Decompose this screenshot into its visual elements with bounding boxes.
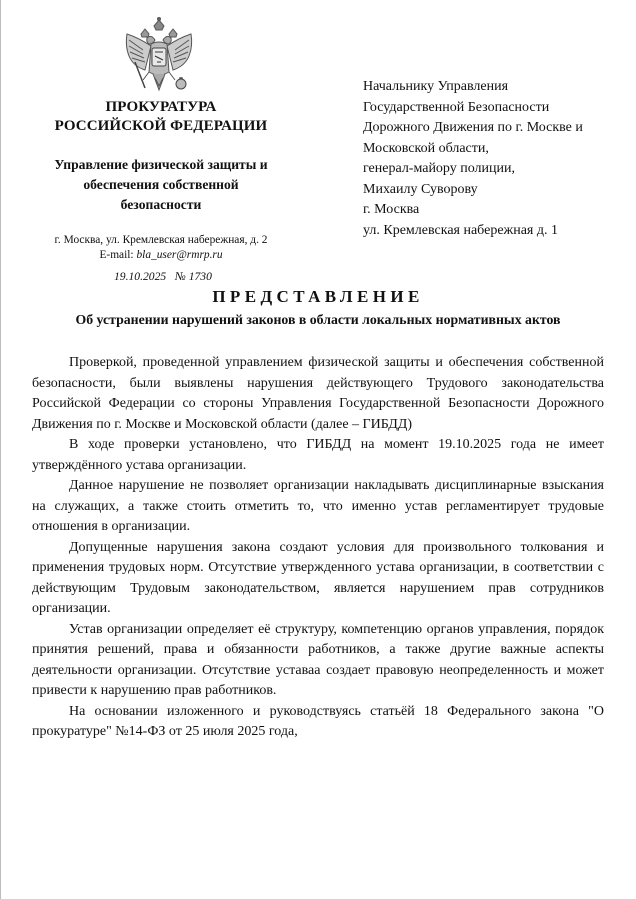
recipient-block: Начальнику Управления Государственной Бе… [363, 77, 583, 241]
department-line2: обеспечения собственной [36, 175, 286, 195]
body-paragraph: Данное нарушение не позволяет организаци… [32, 476, 604, 538]
org-name-line2: РОССИЙСКОЙ ФЕДЕРАЦИИ [36, 117, 286, 136]
coat-of-arms-icon [121, 16, 197, 96]
sender-block: ПРОКУРАТУРА РОССИЙСКОЙ ФЕДЕРАЦИИ Управле… [36, 98, 286, 263]
body-paragraph: Допущенные нарушения закона создают усло… [32, 538, 604, 620]
email-link[interactable]: bla_user@rmrp.ru [136, 249, 222, 261]
recipient-line: Государственной Безопасности [363, 98, 583, 119]
document-title: ПРЕДСТАВЛЕНИЕ [0, 287, 636, 307]
body-paragraph: В ходе проверки установлено, что ГИБДД н… [32, 435, 604, 476]
document-number: № 1730 [175, 270, 212, 283]
recipient-line: генерал-майору полиции, [363, 159, 583, 180]
department-name: Управление физической защиты и обеспечен… [36, 155, 286, 215]
document-body: Проверкой, проведенной управлением физич… [32, 353, 604, 743]
document-date-number: 19.10.2025 № 1730 [114, 270, 212, 283]
recipient-line: ул. Кремлевская набережная д. 1 [363, 221, 583, 242]
org-name-line1: ПРОКУРАТУРА [36, 98, 286, 117]
document-date: 19.10.2025 [114, 270, 166, 283]
recipient-line: Михаилу Суворову [363, 180, 583, 201]
body-paragraph: На основании изложенного и руководствуяс… [32, 702, 604, 743]
document-subtitle: Об устранении нарушений законов в област… [0, 312, 636, 328]
email-label: E-mail: [99, 249, 136, 261]
department-line3: безопасности [36, 195, 286, 215]
recipient-line: Московской области, [363, 139, 583, 160]
body-paragraph: Проверкой, проведенной управлением физич… [32, 353, 604, 435]
recipient-line: Начальнику Управления [363, 77, 583, 98]
sender-address: г. Москва, ул. Кремлевская набережная, д… [36, 233, 286, 248]
recipient-line: Дорожного Движения по г. Москве и [363, 118, 583, 139]
sender-contacts: г. Москва, ул. Кремлевская набережная, д… [36, 233, 286, 263]
department-line1: Управление физической защиты и [36, 155, 286, 175]
body-paragraph: Устав организации определяет её структур… [32, 620, 604, 702]
page-left-border [0, 0, 1, 899]
recipient-line: г. Москва [363, 200, 583, 221]
sender-email: E-mail: bla_user@rmrp.ru [36, 248, 286, 263]
